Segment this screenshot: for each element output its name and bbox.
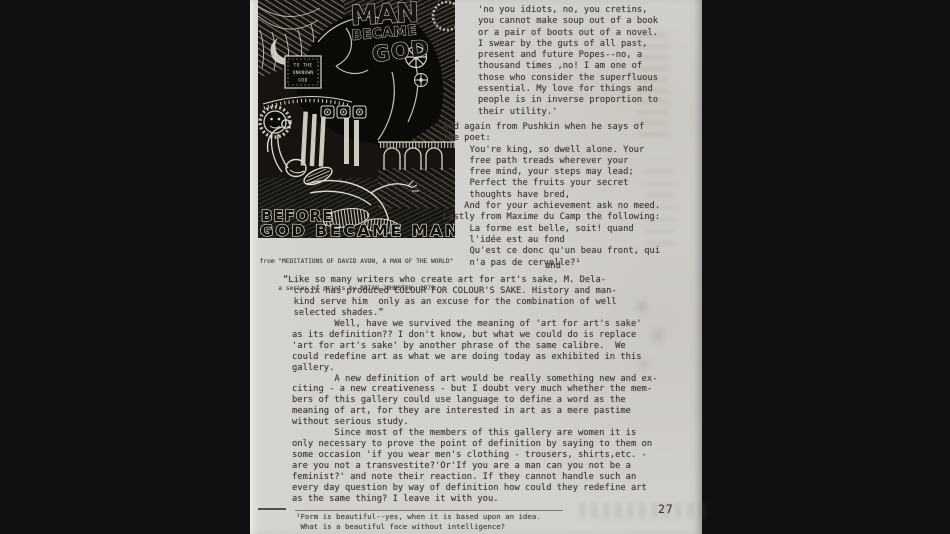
bleed-through-smudge [580,503,710,519]
footnote-text: ¹Form is beautiful--yes, when it is base… [296,512,541,532]
sign-line3: GOD [298,78,308,84]
artwork-caption-line1: from "MEDITATIONS OF DAVID AVON, A MAN O… [258,257,455,266]
sign-line1: TO THE [294,63,313,69]
unknown-god-sign: TO THE UNKNOWN GOD [285,56,321,88]
body-paragraphs: Well, have we survived the meaning of 'a… [292,319,657,504]
scanned-page: TO THE UNKNOWN GOD [250,0,702,534]
footnote-left-dash [258,508,286,510]
footnote-rule [295,510,563,511]
quote-flaubert: 'no you idiots, no, you cretins, you can… [478,5,658,118]
bottom-line-god-became-man: GOD BECAME MAN [260,221,455,238]
sign-line2: UNKNOWN [293,70,314,76]
woodcut-print: TO THE UNKNOWN GOD [258,0,455,238]
page-number: 27 [658,502,674,516]
rosettes [321,106,366,118]
connector-word: and [545,261,561,271]
quote-pushkin-ducamp: And again from Pushkin when he says of t… [443,122,660,269]
marginal-mark: . - [444,56,460,66]
quote-delacroix: “Like so many writers who create art for… [283,275,617,319]
